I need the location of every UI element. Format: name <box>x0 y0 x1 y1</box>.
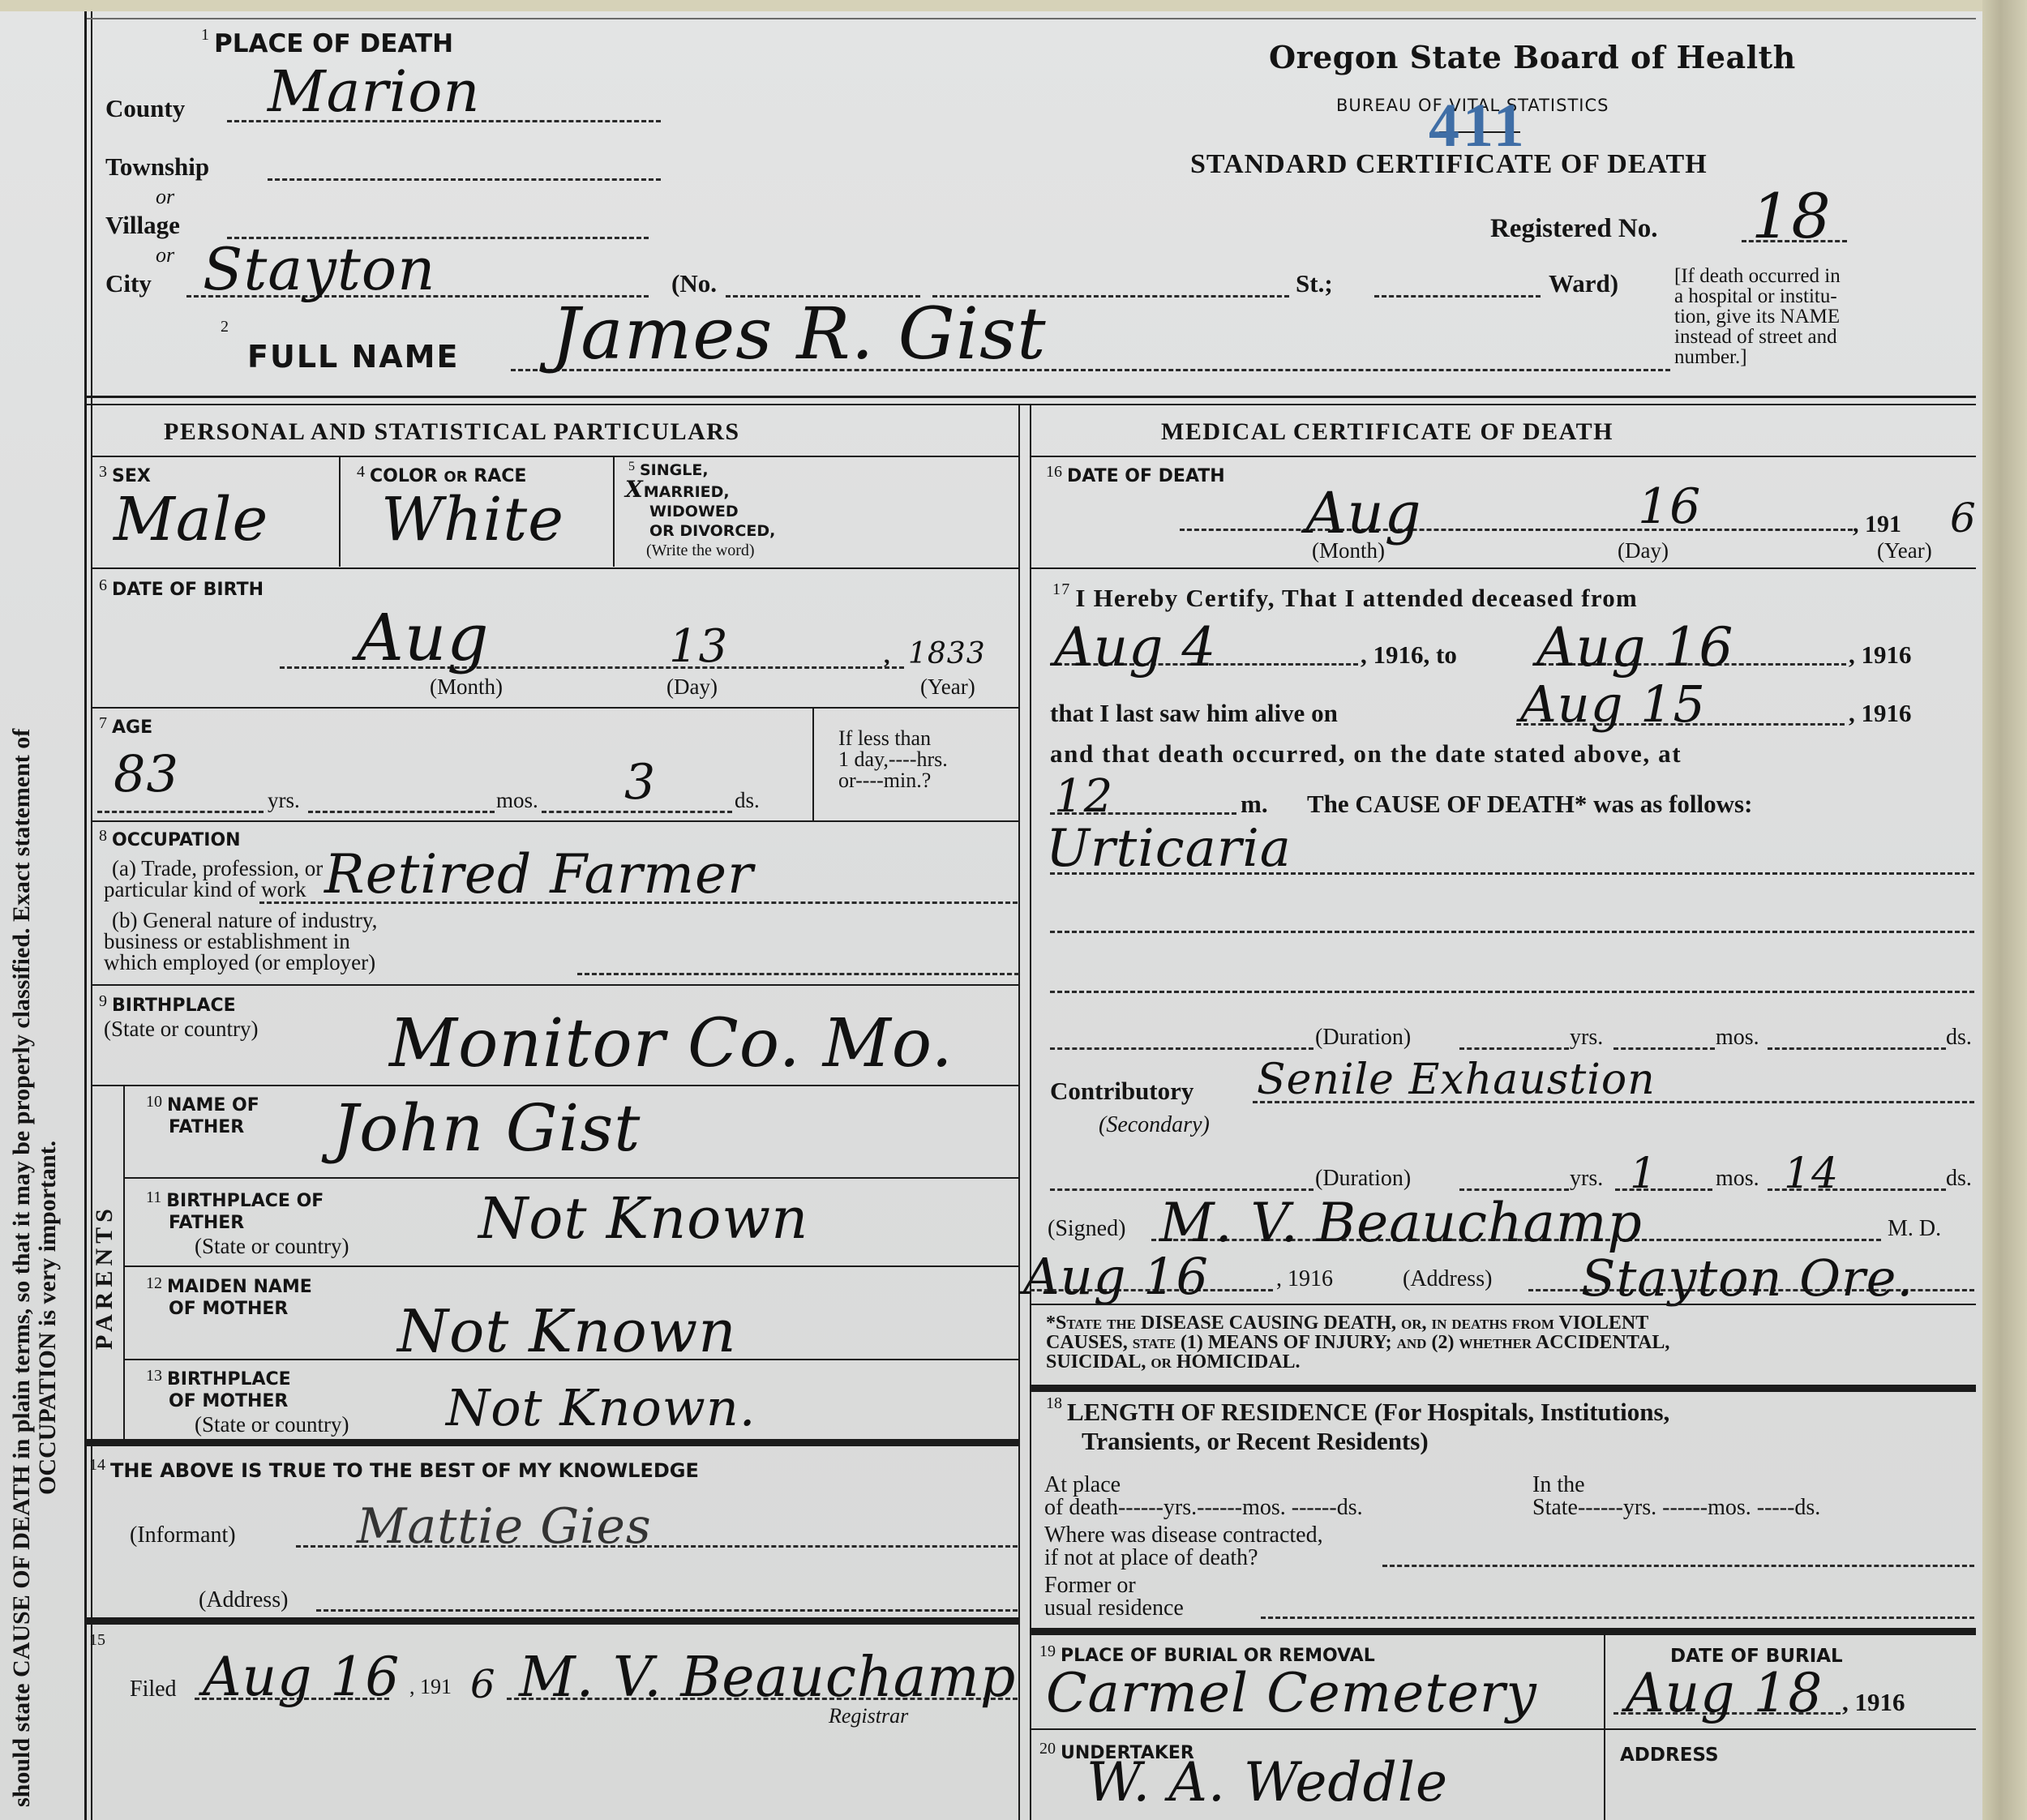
death-day-caption: (Day) <box>1618 538 1669 563</box>
row-rule-2 <box>91 707 1018 709</box>
cause-line-2[interactable] <box>1050 931 1974 933</box>
burial-year: , 1916 <box>1842 1688 1905 1717</box>
sex-value[interactable]: Male <box>114 485 268 555</box>
residence-heading-note: Transients, or Recent Residents) <box>1082 1427 1429 1456</box>
father-birthplace-label: 11BIRTHPLACE OF FATHER <box>146 1190 324 1234</box>
mother-birthplace-sublabel: (State or country) <box>195 1412 349 1437</box>
age-yrs-caption: yrs. <box>268 788 300 813</box>
birthplace-value[interactable]: Monitor Co. Mo. <box>389 1005 954 1082</box>
death-date-label: 16DATE OF DEATH <box>1046 466 1225 486</box>
birth-month-value[interactable]: Aug <box>357 600 490 675</box>
duration2-lead-line <box>1050 1188 1313 1191</box>
last-saw-year: , 1916 <box>1849 699 1912 728</box>
frame-left-inner <box>91 11 92 1820</box>
medical-heading: MEDICAL CERTIFICATE OF DEATH <box>1161 418 1613 446</box>
cause-line-3[interactable] <box>1050 991 1974 993</box>
form-title: STANDARD CERTIFICATE OF DEATH <box>1190 149 1708 180</box>
section-divider-top-inner <box>87 404 1976 405</box>
frame-top <box>87 18 1976 19</box>
thick-rule-4 <box>1031 1628 1976 1635</box>
certify-line-1: 17I Hereby Certify, That I attended dece… <box>1052 584 1638 613</box>
death-month-value[interactable]: Aug <box>1305 480 1421 546</box>
contributory-label: Contributory <box>1050 1077 1193 1106</box>
parents-divider <box>123 1086 125 1439</box>
county-value[interactable]: Marion <box>268 58 480 125</box>
registrar-caption: Registrar <box>829 1704 908 1728</box>
burial-rule <box>1031 1728 1976 1730</box>
cause-line-1 <box>1050 872 1974 875</box>
contributory-value[interactable]: Senile Exhaustion <box>1257 1056 1656 1104</box>
birth-year-value[interactable]: 1833 <box>908 637 986 670</box>
filed-number: 15 <box>89 1631 105 1650</box>
informant-address-line[interactable] <box>316 1609 1018 1612</box>
duration1-ds-line[interactable] <box>1768 1047 1946 1050</box>
ward-field-line[interactable] <box>1374 295 1541 298</box>
row-rule-6 <box>125 1177 1018 1179</box>
age-days-value[interactable]: 3 <box>624 754 656 811</box>
secondary-caption: (Secondary) <box>1099 1112 1210 1138</box>
sign-date-value[interactable]: Aug 16 <box>1023 1247 1209 1306</box>
age-years-line <box>97 811 264 813</box>
duration2-yrs-line[interactable] <box>1459 1188 1569 1191</box>
age-less-than-divider <box>812 709 814 820</box>
death-year-suffix[interactable]: 6 <box>1950 495 1977 542</box>
city-label: City <box>105 269 152 298</box>
margin-text-line1: should state CAUSE OF DEATH in plain ter… <box>8 729 36 1807</box>
physician-address-label: (Address) <box>1403 1266 1492 1292</box>
informant-value[interactable]: Mattie Gies <box>357 1498 652 1555</box>
cause-footnote: *State the DISEASE CAUSING DEATH, or, in… <box>1046 1313 1669 1372</box>
age-label: 7AGE <box>99 717 152 738</box>
street-label: St.; <box>1296 269 1333 298</box>
medical-rule-2 <box>1031 1304 1976 1305</box>
mother-birthplace-value[interactable]: Not Known. <box>446 1378 756 1437</box>
death-year-prefix: , 191 <box>1853 511 1901 538</box>
birth-year-comma: , <box>884 642 890 670</box>
duration1-yrs-line[interactable] <box>1459 1047 1569 1050</box>
death-year-caption: (Year) <box>1877 538 1932 563</box>
marital-status-options: 5SINGLE, XMARRIED, WIDOWED OR DIVORCED, … <box>628 460 775 560</box>
last-saw-value[interactable]: Aug 15 <box>1520 674 1706 734</box>
death-month-caption: (Month) <box>1312 538 1385 563</box>
disease-contracted-line[interactable] <box>1382 1565 1974 1567</box>
attended-from-value[interactable]: Aug 4 <box>1054 616 1216 679</box>
time-value[interactable]: 12 <box>1054 770 1113 823</box>
birthplace-label: 9BIRTHPLACE <box>99 996 236 1016</box>
sex-race-divider <box>339 457 341 567</box>
registered-no-value[interactable]: 18 <box>1751 180 1832 252</box>
or-label-2: or <box>156 243 174 268</box>
frame-left <box>84 11 87 1820</box>
duration1-label: (Duration) <box>1315 1025 1411 1051</box>
village-label: Village <box>105 211 180 240</box>
mother-name-value[interactable]: Not Known <box>397 1297 737 1365</box>
burial-date-value[interactable]: Aug 18 <box>1626 1662 1823 1724</box>
thick-rule-1 <box>86 1439 1018 1446</box>
occupation-a-label: (a) Trade, profession, or particular kin… <box>104 858 323 900</box>
cause-value[interactable]: Urticaria <box>1046 819 1292 879</box>
personal-heading-rule <box>91 456 1018 457</box>
city-value[interactable]: Stayton <box>203 235 436 303</box>
undertaker-address-label: ADDRESS <box>1620 1745 1719 1766</box>
occupation-b-label: (b) General nature of industry, business… <box>104 910 377 973</box>
center-divider-b <box>1030 405 1031 1820</box>
full-name-value[interactable]: James R. Gist <box>551 292 1047 375</box>
birthplace-sublabel: (State or country) <box>104 1017 258 1042</box>
row-rule-1 <box>91 567 1018 569</box>
attended-to-year: , 1916 <box>1849 640 1912 670</box>
full-name-label: FULL NAME <box>247 339 459 375</box>
age-mos-caption: mos. <box>496 788 538 813</box>
birth-date-label: 6DATE OF BIRTH <box>99 580 264 600</box>
row-rule-5 <box>91 1085 1018 1086</box>
race-marital-divider <box>613 457 615 567</box>
father-name-label: 10NAME OF FATHER <box>146 1094 259 1138</box>
row-rule-7 <box>125 1265 1018 1267</box>
race-label: 4COLOR OR RACE <box>357 466 526 486</box>
thick-rule-2 <box>86 1617 1018 1625</box>
death-date-line <box>1180 529 1853 531</box>
duration2-ds-value[interactable]: 14 <box>1784 1150 1839 1198</box>
time-suffix: m. <box>1241 790 1268 819</box>
undertaker-value[interactable]: W. A. Weddle <box>1086 1751 1448 1814</box>
md-label: M. D. <box>1888 1216 1941 1242</box>
occurred-line: and that death occurred, on the date sta… <box>1050 739 1682 769</box>
father-name-value[interactable]: John Gist <box>332 1090 641 1166</box>
occupation-label: 8OCCUPATION <box>99 830 241 850</box>
duration2-ds-caption: ds. <box>1946 1166 1972 1192</box>
signed-label: (Signed) <box>1048 1216 1125 1242</box>
duration2-yrs-caption: yrs. <box>1570 1166 1603 1192</box>
place-of-death-heading: 1PLACE OF DEATH <box>201 29 453 58</box>
sign-date-year: , 1916 <box>1276 1266 1333 1292</box>
row-rule-8 <box>125 1359 1018 1360</box>
township-label: Township <box>105 152 209 182</box>
center-divider-a <box>1018 405 1020 1820</box>
registered-no-label: Registered No. <box>1490 214 1658 244</box>
medical-heading-rule <box>1031 456 1976 457</box>
birth-year-caption: (Year) <box>920 674 975 700</box>
burial-divider <box>1604 1635 1605 1820</box>
duration1-yrs-caption: yrs. <box>1570 1025 1603 1051</box>
mother-birthplace-label: 13BIRTHPLACE OF MOTHER <box>146 1368 291 1412</box>
duration2-mos-caption: mos. <box>1716 1166 1759 1192</box>
filed-year-prefix: , 191 <box>409 1675 452 1699</box>
physician-signature[interactable]: M. V. Beauchamp <box>1159 1192 1643 1254</box>
informant-heading: 14THE ABOVE IS TRUE TO THE BEST OF MY KN… <box>89 1459 699 1482</box>
occupation-b-line[interactable] <box>577 973 1019 975</box>
sex-label: 3SEX <box>99 466 151 486</box>
race-value[interactable]: White <box>381 485 564 555</box>
duration1-ds-caption: ds. <box>1946 1025 1972 1051</box>
duration1-lead-line <box>1050 1047 1313 1050</box>
age-days-line <box>542 811 732 813</box>
former-residence-label: Former or usual residence <box>1044 1574 1184 1620</box>
age-months-line[interactable] <box>308 811 495 813</box>
county-label: County <box>105 94 185 123</box>
full-name-number: 2 <box>221 318 229 336</box>
hospital-note: [If death occurred in a hospital or inst… <box>1674 266 1841 367</box>
cause-label: The CAUSE OF DEATH* was as follows: <box>1307 790 1752 819</box>
birth-month-caption: (Month) <box>430 674 503 700</box>
medical-rule-1 <box>1031 567 1976 569</box>
filed-label: Filed <box>130 1677 177 1702</box>
residence-heading: 18LENGTH OF RESIDENCE (For Hospitals, In… <box>1046 1398 1669 1427</box>
age-ds-caption: ds. <box>735 788 760 813</box>
margin-text-line2: OCCUPATION is very important. <box>34 1141 62 1495</box>
scan-right-edge <box>1982 0 2027 1820</box>
birth-day-value[interactable]: 13 <box>669 620 728 673</box>
thick-rule-3 <box>1031 1385 1976 1392</box>
marital-mark[interactable]: X <box>625 476 644 503</box>
disease-contracted-label: Where was disease contracted, if not at … <box>1044 1524 1323 1569</box>
ward-label: Ward) <box>1549 269 1618 298</box>
or-label-1: or <box>156 185 174 209</box>
mother-name-label: 12MAIDEN NAME OF MOTHER <box>146 1276 312 1320</box>
township-field-line[interactable] <box>268 178 661 181</box>
board-title: Oregon State Board of Health <box>1269 39 1796 75</box>
registrar-signature[interactable]: M. V. Beauchamp <box>519 1646 1016 1710</box>
residence-at-place: At place of death------yrs.------mos. --… <box>1044 1474 1363 1519</box>
parents-label: PARENTS <box>91 1204 118 1350</box>
informant-label: (Informant) <box>130 1522 236 1548</box>
attended-from-year: , 1916, to <box>1361 640 1457 670</box>
row-rule-4 <box>91 984 1018 986</box>
duration1-mos-caption: mos. <box>1716 1025 1759 1051</box>
occupation-a-value[interactable]: Retired Farmer <box>324 843 754 906</box>
informant-address-label: (Address) <box>199 1587 288 1613</box>
father-birthplace-value[interactable]: Not Known <box>478 1185 808 1252</box>
filed-date-value[interactable]: Aug 16 <box>203 1646 400 1708</box>
attended-to-value[interactable]: Aug 16 <box>1536 616 1733 679</box>
personal-heading: PERSONAL AND STATISTICAL PARTICULARS <box>164 418 740 446</box>
margin-instructions: should state CAUSE OF DEATH in plain ter… <box>0 11 81 1820</box>
duration2-label: (Duration) <box>1315 1166 1411 1192</box>
row-rule-3 <box>91 820 1018 822</box>
section-divider-top <box>87 396 1976 398</box>
father-birthplace-sublabel: (State or country) <box>195 1234 349 1259</box>
less-than-day-note: If less than 1 day,----hrs. or----min.? <box>838 728 948 791</box>
residence-in-state: In the State------yrs. ------mos. -----d… <box>1532 1474 1820 1519</box>
filed-year-suffix[interactable]: 6 <box>470 1662 496 1707</box>
physician-address-value[interactable]: Stayton Ore. <box>1581 1248 1913 1308</box>
last-saw-label: that I last saw him alive on <box>1050 699 1338 728</box>
former-residence-line[interactable] <box>1261 1617 1974 1619</box>
birth-day-caption: (Day) <box>666 674 718 700</box>
burial-place-value[interactable]: Carmel Cemetery <box>1046 1662 1537 1724</box>
age-years-value[interactable]: 83 <box>114 744 179 803</box>
duration1-mos-line[interactable] <box>1613 1047 1715 1050</box>
duration2-mos-value[interactable]: 1 <box>1630 1150 1657 1198</box>
death-day-value[interactable]: 16 <box>1638 478 1701 535</box>
